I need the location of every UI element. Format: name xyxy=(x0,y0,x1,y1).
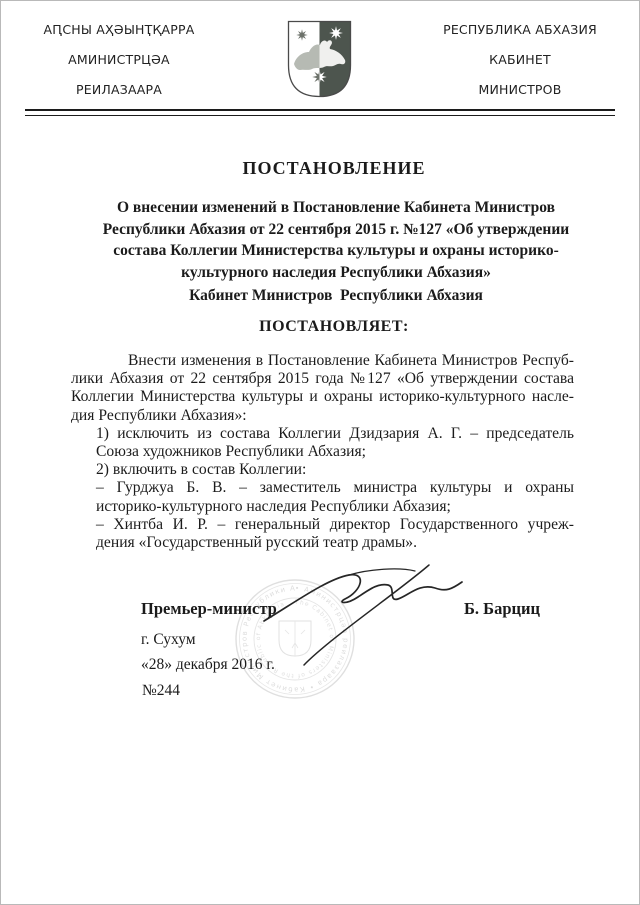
doc-subject: О внесении изменений в Постановление Каб… xyxy=(89,197,583,283)
subject-line: О внесении изменений в Постановление Каб… xyxy=(89,197,583,219)
body-line: историко-культурного наследия Республики… xyxy=(96,498,574,516)
letterhead-russian: РЕСПУБЛИКА АБХАЗИЯ КАБИНЕТ МИНИСТРОВ xyxy=(429,15,611,105)
body-line: 2) включить в состав Коллегии: xyxy=(96,461,574,479)
letterhead-line: РЕСПУБЛИКА АБХАЗИЯ xyxy=(429,15,611,45)
body-line: – Хинтба И. Р. – генеральный директор Го… xyxy=(96,516,574,534)
subject-line: культурного наследия Республики Абхазия» xyxy=(89,262,583,284)
letterhead: АԤСНЫ АҲӘЫНҬҚАРРА АМИНИСТРЦӘА РЕИЛАЗААРА xyxy=(29,15,611,105)
body-line: Внести изменения в Постановление Кабинет… xyxy=(71,352,574,370)
body-line: 1) исключить из состава Коллегии Дзидзар… xyxy=(96,425,574,443)
signature-name: Б. Барциц xyxy=(464,599,540,619)
coat-of-arms-icon xyxy=(286,19,353,99)
body-line: лики Абхазия от 22 сентября 2015 года №1… xyxy=(71,370,574,388)
letterhead-line: МИНИСТРОВ xyxy=(429,75,611,105)
resolves-line: ПОСТАНОВЛЯЕТ: xyxy=(27,318,640,336)
letterhead-abkhazian: АԤСНЫ АҲӘЫНҬҚАРРА АМИНИСТРЦӘА РЕИЛАЗААРА xyxy=(29,15,209,105)
separator-rule xyxy=(25,109,615,116)
body-line: дия Республики Абхазия»: xyxy=(71,407,574,425)
doc-title: ПОСТАНОВЛЕНИЕ xyxy=(27,158,640,179)
number-line: №244 xyxy=(142,682,180,700)
letterhead-line: КАБИНЕТ xyxy=(429,45,611,75)
signature-scribble xyxy=(249,561,474,669)
subject-line: состава Коллегии Министерства культуры и… xyxy=(89,240,583,262)
letterhead-line: РЕИЛАЗААРА xyxy=(29,75,209,105)
body-line: дения «Государственный русский театр дра… xyxy=(96,534,574,552)
body-line: Коллегии Министерства культуры и охраны … xyxy=(71,388,574,406)
city-line: г. Сухум xyxy=(141,631,196,649)
decree-document: АԤСНЫ АҲӘЫНҬҚАРРА АМИНИСТРЦӘА РЕИЛАЗААРА xyxy=(0,0,640,905)
letterhead-line: АԤСНЫ АҲӘЫНҬҚАРРА xyxy=(29,15,209,45)
body-paragraph: Внести изменения в Постановление Кабинет… xyxy=(71,352,574,552)
letterhead-line: АМИНИСТРЦӘА xyxy=(29,45,209,75)
body-line: Союза художников Республики Абхазия; xyxy=(96,443,574,461)
body-line: – Гурджуа Б. В. – заместитель министра к… xyxy=(96,479,574,497)
subject-line: Республики Абхазия от 22 сентября 2015 г… xyxy=(89,219,583,241)
issuer-line: Кабинет Министров Республики Абхазия xyxy=(89,287,583,305)
